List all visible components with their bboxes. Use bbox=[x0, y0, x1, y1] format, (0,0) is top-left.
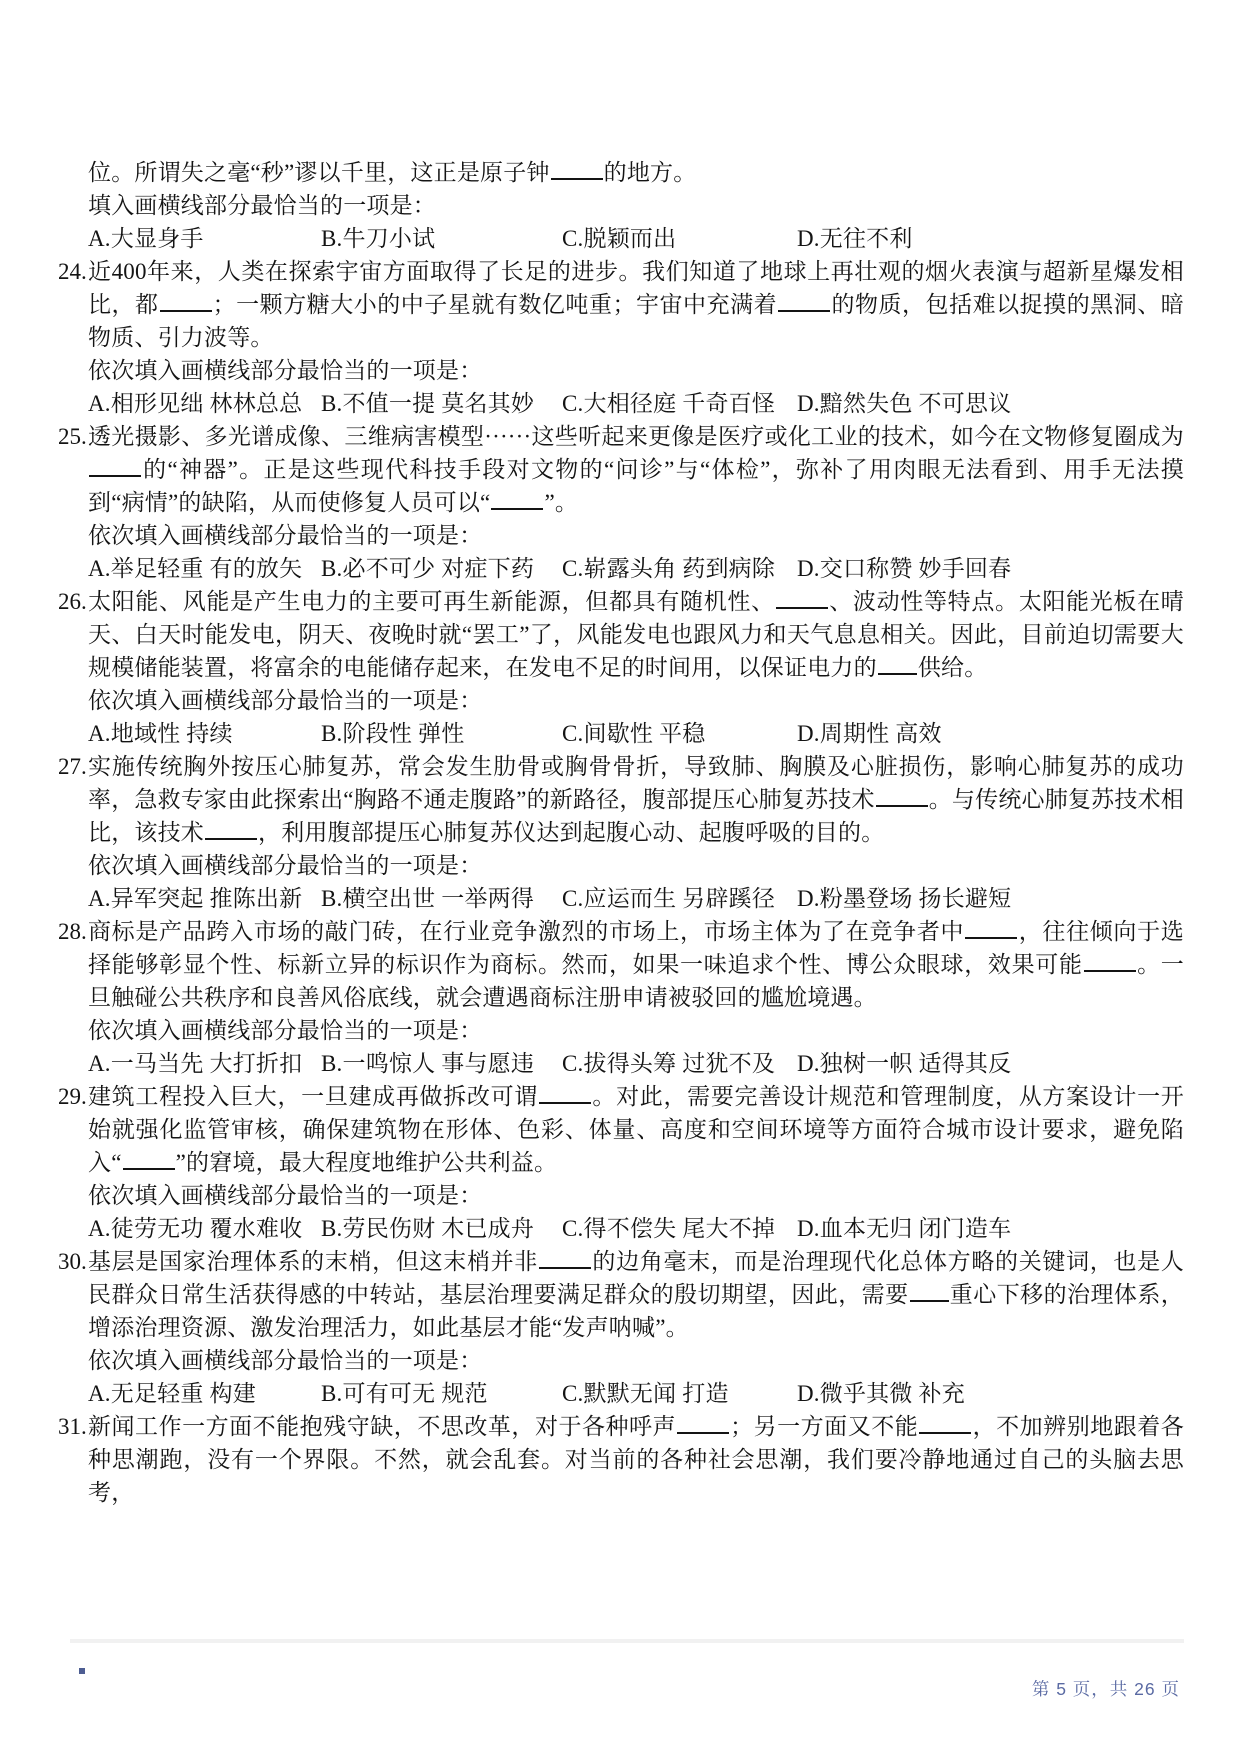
question-prompt: 填入画横线部分最恰当的一项是： bbox=[88, 189, 1184, 222]
question-number: 31. bbox=[58, 1410, 87, 1443]
question-prompt: 依次填入画横线部分最恰当的一项是： bbox=[88, 849, 1184, 882]
options-row: A.一马当先 大打折扣B.一鸣惊人 事与愿违C.拔得头筹 过犹不及D.独树一帜 … bbox=[88, 1047, 1184, 1080]
option-item: A.一马当先 大打折扣 bbox=[88, 1047, 321, 1080]
option-item: A.徒劳无功 覆水难收 bbox=[88, 1212, 321, 1245]
blank-underline bbox=[123, 1150, 175, 1170]
question-number: 24. bbox=[58, 255, 87, 288]
blank-underline bbox=[539, 1249, 591, 1269]
footer-bullet-dot bbox=[79, 1668, 85, 1674]
options-row: A.地域性 持续B.阶段性 弹性C.间歇性 平稳D.周期性 高效 bbox=[88, 717, 1184, 750]
blank-underline bbox=[778, 292, 830, 312]
questions: 位。所谓失之毫“秒”谬以千里，这正是原子钟的地方。 填入画横线部分最恰当的一项是… bbox=[58, 156, 1184, 1509]
question-prompt: 依次填入画横线部分最恰当的一项是： bbox=[88, 354, 1184, 387]
question-block: 25. 透光摄影、多光谱成像、三维病害模型······这些听起来更像是医疗或化工… bbox=[58, 420, 1184, 585]
question-stem: 位。所谓失之毫“秒”谬以千里，这正是原子钟的地方。 bbox=[88, 156, 1184, 189]
option-item: B.必不可少 对症下药 bbox=[321, 552, 562, 585]
option-item: C.间歇性 平稳 bbox=[562, 717, 797, 750]
option-item: B.不值一提 莫名其妙 bbox=[321, 387, 562, 420]
question-stem: 透光摄影、多光谱成像、三维病害模型······这些听起来更像是医疗或化工业的技术… bbox=[88, 420, 1184, 519]
question-block: 27. 实施传统胸外按压心肺复苏，常会发生肋骨或胸骨骨折，导致肺、胸膜及心脏损伤… bbox=[58, 750, 1184, 915]
blank-underline bbox=[205, 820, 257, 840]
option-item: B.阶段性 弹性 bbox=[321, 717, 562, 750]
option-item: B.横空出世 一举两得 bbox=[321, 882, 562, 915]
question-prompt: 依次填入画横线部分最恰当的一项是： bbox=[88, 1014, 1184, 1047]
question-stem: 实施传统胸外按压心肺复苏，常会发生肋骨或胸骨骨折，导致肺、胸膜及心脏损伤，影响心… bbox=[88, 750, 1184, 849]
options-row: A.异军突起 推陈出新B.横空出世 一举两得C.应运而生 另辟蹊径D.粉墨登场 … bbox=[88, 882, 1184, 915]
option-item: D.血本无归 闭门造车 bbox=[797, 1212, 1184, 1245]
option-item: C.默默无闻 打造 bbox=[562, 1377, 797, 1410]
question-number: 30. bbox=[58, 1245, 87, 1278]
option-item: D.黯然失色 不可思议 bbox=[797, 387, 1184, 420]
option-item: D.交口称赞 妙手回春 bbox=[797, 552, 1184, 585]
blank-underline bbox=[876, 787, 928, 807]
option-item: A.相形见绌 林林总总 bbox=[88, 387, 321, 420]
option-item: D.独树一帜 适得其反 bbox=[797, 1047, 1184, 1080]
blank-underline bbox=[878, 655, 917, 675]
question-stem: 新闻工作一方面不能抱残守缺，不思改革，对于各种呼声；另一方面又不能，不加辨别地跟… bbox=[88, 1410, 1184, 1509]
option-item: C.应运而生 另辟蹊径 bbox=[562, 882, 797, 915]
question-block: 26. 太阳能、风能是产生电力的主要可再生新能源，但都具有随机性、、波动性等特点… bbox=[58, 585, 1184, 750]
question-prompt: 依次填入画横线部分最恰当的一项是： bbox=[88, 1344, 1184, 1377]
blank-underline bbox=[551, 160, 603, 180]
option-item: A.异军突起 推陈出新 bbox=[88, 882, 321, 915]
question-stem: 近400年来，人类在探索宇宙方面取得了长足的进步。我们知道了地球上再壮观的烟火表… bbox=[88, 255, 1184, 354]
option-item: C.大相径庭 千奇百怪 bbox=[562, 387, 797, 420]
option-item: C.拔得头筹 过犹不及 bbox=[562, 1047, 797, 1080]
options-row: A.举足轻重 有的放矢B.必不可少 对症下药C.崭露头角 药到病除D.交口称赞 … bbox=[88, 552, 1184, 585]
option-item: B.劳民伤财 木已成舟 bbox=[321, 1212, 562, 1245]
option-item: B.一鸣惊人 事与愿违 bbox=[321, 1047, 562, 1080]
question-number: 26. bbox=[58, 585, 87, 618]
option-item: A.大显身手 bbox=[88, 222, 321, 255]
question-block: 位。所谓失之毫“秒”谬以千里，这正是原子钟的地方。 填入画横线部分最恰当的一项是… bbox=[58, 156, 1184, 255]
options-row: A.大显身手B.牛刀小试C.脱颖而出D.无往不利 bbox=[88, 222, 1184, 255]
question-stem: 商标是产品跨入市场的敲门砖，在行业竞争激烈的市场上，市场主体为了在竞争者中，往往… bbox=[88, 915, 1184, 1014]
document-page: 位。所谓失之毫“秒”谬以千里，这正是原子钟的地方。 填入画横线部分最恰当的一项是… bbox=[0, 0, 1240, 1754]
option-item: A.无足轻重 构建 bbox=[88, 1377, 321, 1410]
option-item: D.粉墨登场 扬长避短 bbox=[797, 882, 1184, 915]
option-item: D.周期性 高效 bbox=[797, 717, 1184, 750]
blank-underline bbox=[1084, 952, 1136, 972]
question-block: 28. 商标是产品跨入市场的敲门砖，在行业竞争激烈的市场上，市场主体为了在竞争者… bbox=[58, 915, 1184, 1080]
blank-underline bbox=[910, 1282, 949, 1302]
question-number: 29. bbox=[58, 1080, 87, 1113]
blank-underline bbox=[89, 457, 141, 477]
option-item: C.得不偿失 尾大不掉 bbox=[562, 1212, 797, 1245]
footer-page-indicator: 第 5 页，共 26 页 bbox=[1032, 1676, 1180, 1701]
options-row: A.相形见绌 林林总总B.不值一提 莫名其妙C.大相径庭 千奇百怪D.黯然失色 … bbox=[88, 387, 1184, 420]
options-row: A.徒劳无功 覆水难收B.劳民伤财 木已成舟C.得不偿失 尾大不掉D.血本无归 … bbox=[88, 1212, 1184, 1245]
option-item: A.举足轻重 有的放矢 bbox=[88, 552, 321, 585]
option-item: C.崭露头角 药到病除 bbox=[562, 552, 797, 585]
options-row: A.无足轻重 构建B.可有可无 规范C.默默无闻 打造D.微乎其微 补充 bbox=[88, 1377, 1184, 1410]
footer-divider bbox=[70, 1639, 1184, 1643]
question-prompt: 依次填入画横线部分最恰当的一项是： bbox=[88, 519, 1184, 552]
question-stem: 太阳能、风能是产生电力的主要可再生新能源，但都具有随机性、、波动性等特点。太阳能… bbox=[88, 585, 1184, 684]
question-stem: 基层是国家治理体系的末梢，但这末梢并非的边角毫末，而是治理现代化总体方略的关键词… bbox=[88, 1245, 1184, 1344]
question-number: 27. bbox=[58, 750, 87, 783]
blank-underline bbox=[539, 1084, 591, 1104]
option-item: D.微乎其微 补充 bbox=[797, 1377, 1184, 1410]
blank-underline bbox=[677, 1414, 729, 1434]
option-item: C.脱颖而出 bbox=[562, 222, 797, 255]
blank-underline bbox=[919, 1414, 971, 1434]
question-number: 28. bbox=[58, 915, 87, 948]
question-block: 29. 建筑工程投入巨大，一旦建成再做拆改可谓。对此，需要完善设计规范和管理制度… bbox=[58, 1080, 1184, 1245]
option-item: B.牛刀小试 bbox=[321, 222, 562, 255]
question-block: 24. 近400年来，人类在探索宇宙方面取得了长足的进步。我们知道了地球上再壮观… bbox=[58, 255, 1184, 420]
question-prompt: 依次填入画横线部分最恰当的一项是： bbox=[88, 1179, 1184, 1212]
question-number: 25. bbox=[58, 420, 87, 453]
question-stem: 建筑工程投入巨大，一旦建成再做拆改可谓。对此，需要完善设计规范和管理制度，从方案… bbox=[88, 1080, 1184, 1179]
blank-underline bbox=[965, 919, 1017, 939]
question-prompt: 依次填入画横线部分最恰当的一项是： bbox=[88, 684, 1184, 717]
blank-underline bbox=[776, 589, 828, 609]
blank-underline bbox=[160, 292, 212, 312]
question-block: 31. 新闻工作一方面不能抱残守缺，不思改革，对于各种呼声；另一方面又不能，不加… bbox=[58, 1410, 1184, 1509]
question-block: 30. 基层是国家治理体系的末梢，但这末梢并非的边角毫末，而是治理现代化总体方略… bbox=[58, 1245, 1184, 1410]
option-item: A.地域性 持续 bbox=[88, 717, 321, 750]
option-item: B.可有可无 规范 bbox=[321, 1377, 562, 1410]
option-item: D.无往不利 bbox=[797, 222, 1184, 255]
blank-underline bbox=[491, 490, 543, 510]
